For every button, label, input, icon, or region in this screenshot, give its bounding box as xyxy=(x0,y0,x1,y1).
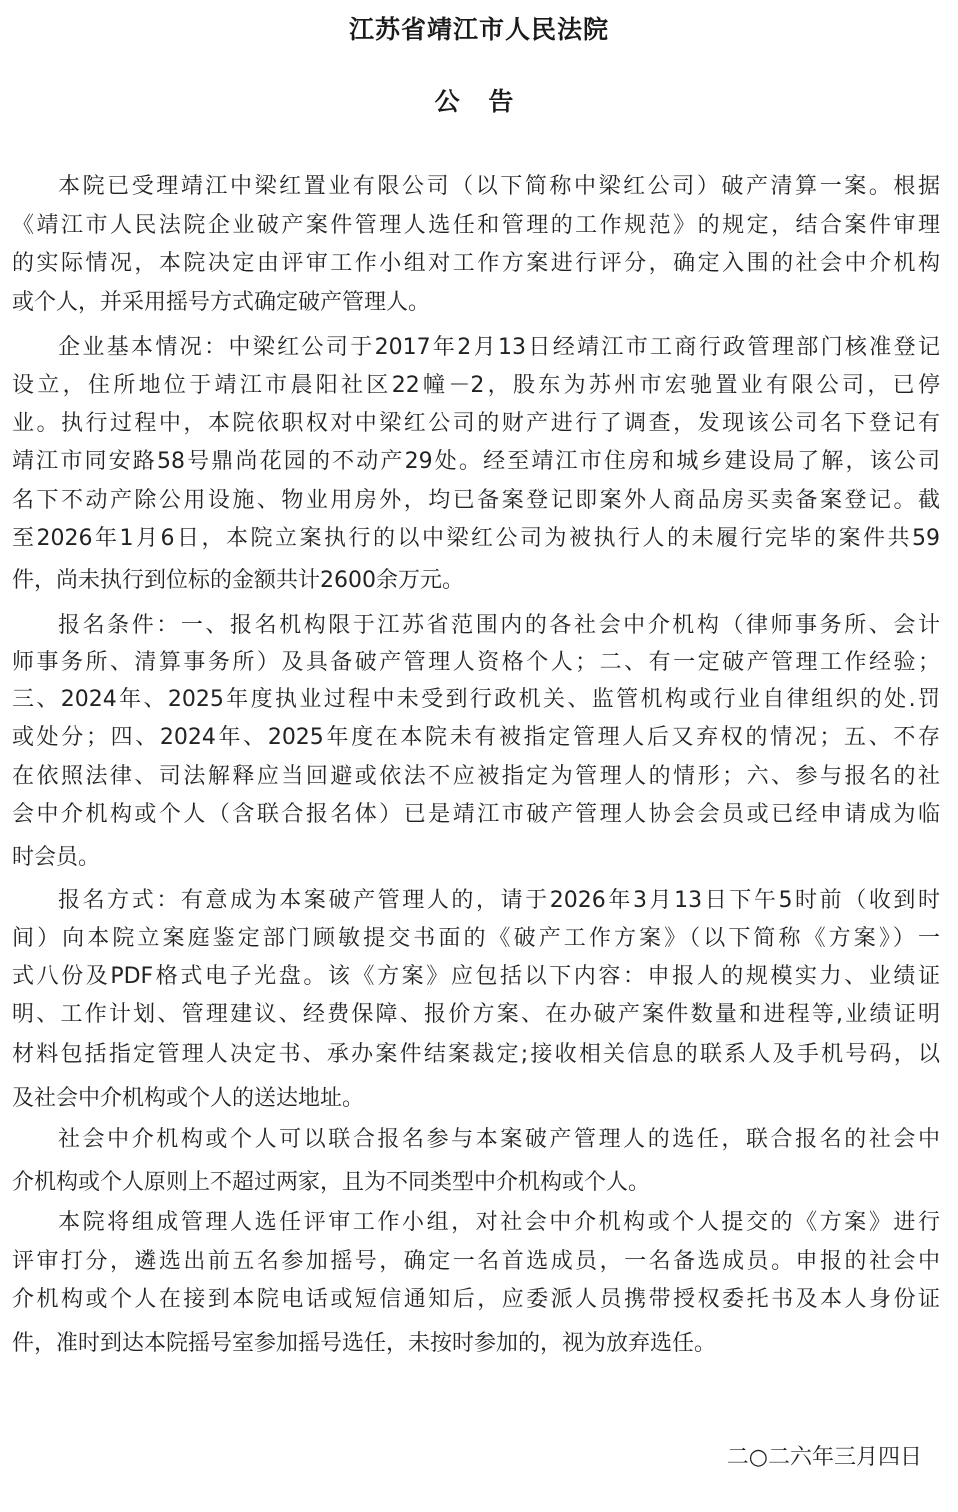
paragraph-line: 介机构或个人在接到本院电话或短信通知后，应委派人员携带授权委托书及本人身份证 xyxy=(12,1285,940,1315)
paragraph-line: 靖江市同安路58号鼎尚花园的不动产29处。经至靖江市住房和城乡建设局了解，该公司 xyxy=(12,447,940,477)
paragraph-line: 材料包括指定管理人决定书、承办案件结案裁定;接收相关信息的联系人及手机号码，以 xyxy=(12,1040,940,1070)
paragraph-line: 报名方式：有意成为本案破产管理人的，请于2026年3月13日下午5时前（收到时 xyxy=(58,886,940,916)
court-name-heading: 江苏省靖江市人民法院 xyxy=(0,10,958,46)
paragraph-line: 评审打分，遴选出前五名参加摇号，确定一名首选成员，一名备选成员。申报的社会中 xyxy=(12,1247,940,1277)
paragraph-line: 社会中介机构或个人可以联合报名参与本案破产管理人的选任，联合报名的社会中 xyxy=(58,1125,940,1155)
paragraph-line: 《靖江市人民法院企业破产案件管理人选任和管理的工作规范》的规定，结合案件审理 xyxy=(12,211,940,241)
paragraph-line: 本院将组成管理人选任评审工作小组，对社会中介机构或个人提交的《方案》进行 xyxy=(58,1208,940,1238)
paragraph-line: 企业基本情况：中梁红公司于2017年2月13日经靖江市工商行政管理部门核准登记 xyxy=(58,333,940,363)
paragraph-line: 本院已受理靖江中梁红置业有限公司（以下简称中梁红公司）破产清算一案。根据 xyxy=(58,172,940,202)
paragraph-line: 间）向本院立案庭鉴定部门顾敏提交书面的《破产工作方案》（以下简称《方案》）一 xyxy=(12,924,940,954)
paragraph-line: 业。执行过程中，本院依职权对中梁红公司的财产进行了调查，发现该公司名下登记有 xyxy=(12,409,940,439)
paragraph-line: 会中介机构或个人（含联合报名体）已是靖江市破产管理人协会会员或已经申请成为临 xyxy=(12,800,940,830)
paragraph-line: 名下不动产除公用设施、物业用房外，均已备案登记即案外人商品房买卖备案登记。截 xyxy=(12,486,940,516)
notice-title: 公 告 xyxy=(0,82,958,118)
notice-date: 二○二六年三月四日 xyxy=(727,1443,922,1473)
paragraph-line: 在依照法律、司法解释应当回避或依法不应被指定为管理人的情形；六、参与报名的社 xyxy=(12,762,940,792)
paragraph-line: 或处分；四、2024年、2025年度在本院未有被指定管理人后又弃权的情况；五、不… xyxy=(12,723,940,753)
paragraph-line: 件，准时到达本院摇号室参加摇号选任，未按时参加的，视为放弃选任。 xyxy=(12,1329,940,1359)
paragraph-line: 或个人，并采用摇号方式确定破产管理人。 xyxy=(12,288,940,318)
paragraph-line: 介机构或个人原则上不超过两家，且为不同类型中介机构或个人。 xyxy=(12,1168,940,1198)
paragraph-line: 时会员。 xyxy=(12,843,940,873)
paragraph-line: 设立，住所地位于靖江市晨阳社区22幢－2，股东为苏州市宏驰置业有限公司，已停 xyxy=(12,371,940,401)
paragraph-line: 的实际情况，本院决定由评审工作小组对工作方案进行评分，确定入围的社会中介机构 xyxy=(12,249,940,279)
paragraph-line: 及社会中介机构或个人的送达地址。 xyxy=(12,1084,940,1114)
paragraph-line: 式八份及PDF格式电子光盘。该《方案》应包括以下内容：申报人的规模实力、业绩证 xyxy=(12,962,940,992)
paragraph-line: 至2026年1月6日，本院立案执行的以中梁红公司为被执行人的未履行完毕的案件共5… xyxy=(12,524,940,554)
paragraph-line: 师事务所、清算事务所）及具备破产管理人资格个人；二、有一定破产管理工作经验； xyxy=(12,648,940,678)
paragraph-line: 三、2024年、2025年度执业过程中未受到行政机关、监管机构或行业自律组织的处… xyxy=(12,685,940,715)
paragraph-line: 明、工作计划、管理建议、经费保障、报价方案、在办破产案件数量和进程等,业绩证明 xyxy=(12,1000,940,1030)
paragraph-line: 报名条件：一、报名机构限于江苏省范围内的各社会中介机构（律师事务所、会计 xyxy=(58,611,940,641)
paragraph-line: 件，尚未执行到位标的金额共计2600余万元。 xyxy=(12,566,940,596)
